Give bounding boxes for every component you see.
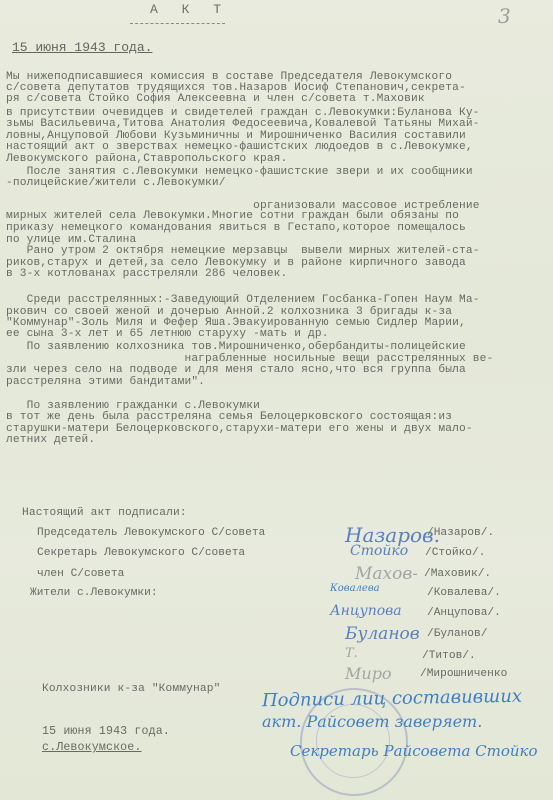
body-line: в тот же день была расстреляна семья Бел…: [6, 411, 452, 423]
signed-heading: Настоящий акт подписали:: [22, 507, 187, 519]
body-line: настоящий акт о зверствах немецко-фашист…: [6, 141, 473, 153]
body-line: летних детей.: [6, 434, 95, 446]
footer-place: с.Левокумское.: [42, 742, 142, 754]
body-line: Левокумского района,Ставропольского края…: [6, 153, 287, 165]
signatory-name: /Назаров/.: [427, 527, 494, 539]
signatory-name: /Маховик/.: [424, 568, 491, 580]
signatory-name: /Титов/.: [422, 650, 476, 662]
kolkhoz-label: Колхозники к-за "Коммунар": [42, 683, 220, 695]
body-line: ее сына 3-х лет и 65 летнюю старуху -мат…: [6, 328, 329, 340]
body-line: зьмы Васильевича,Титова Анатолия Федосее…: [6, 118, 480, 130]
signatory-role: член С/совета: [37, 568, 124, 580]
footer-date: 15 июня 1943 года.: [42, 726, 170, 738]
handwritten-signature: Т.: [345, 646, 358, 661]
header-date: 15 июня 1943 года.: [12, 40, 152, 55]
signatory-role: Секретарь Левокумского С/совета: [37, 547, 245, 559]
handwritten-signature: Миро: [345, 664, 392, 683]
body-line: зли через село на подводе и для меня ста…: [6, 364, 466, 376]
body-line: приказу немецкого командования явиться в…: [6, 222, 466, 234]
body-line: в 3-х котлованах расстреляли 286 человек…: [6, 268, 287, 280]
certification-line-3: Секретарь Райсовета Стойко: [290, 742, 538, 760]
body-line: -полицейские/жители с.Левокумки/: [6, 177, 226, 189]
body-line: Среди расстрелянных:-Заведующий Отделени…: [6, 294, 480, 306]
document-title: А К Т: [150, 2, 229, 17]
body-line: По заявлению колхозника тов.Мирошниченко…: [6, 341, 466, 353]
handwritten-signature: Стойко: [350, 543, 408, 559]
handwritten-signature: Анцупова: [330, 603, 402, 619]
body-line: ря с/совета Стойко София Алексеевна и чл…: [6, 93, 425, 105]
handwritten-signature: Буланов: [345, 624, 420, 644]
handwritten-signature: Ковалева: [330, 583, 380, 594]
signatory-role: Жители с.Левокумки:: [30, 587, 158, 599]
signatory-role: Председатель Левокумского С/совета: [37, 527, 265, 539]
signatory-name: /Стойко/.: [425, 547, 485, 559]
body-line: мирных жителей села Левокумки.Многие сот…: [6, 210, 459, 222]
handwritten-signature: Махов-: [355, 564, 418, 584]
signatory-name: /Ковалева/.: [427, 587, 501, 599]
certification-line-1: Подписи лиц составивших: [262, 686, 522, 712]
document-page: 3 А К Т 15 июня 1943 года. Мы нижеподпис…: [0, 0, 553, 800]
body-line: Рано утром 2 октября немецкие мерзавцы в…: [6, 245, 480, 257]
body-line: расстреляна этими бандитами".: [6, 376, 205, 388]
signatory-name: /Буланов/: [427, 628, 487, 640]
certification-line-2: акт. Райсовет заверяет.: [262, 712, 482, 731]
signatory-name: /Мирошниченко: [420, 668, 507, 680]
signatory-name: /Анцупова/.: [427, 607, 501, 619]
page-number: 3: [498, 4, 511, 28]
title-underline: [130, 23, 225, 24]
